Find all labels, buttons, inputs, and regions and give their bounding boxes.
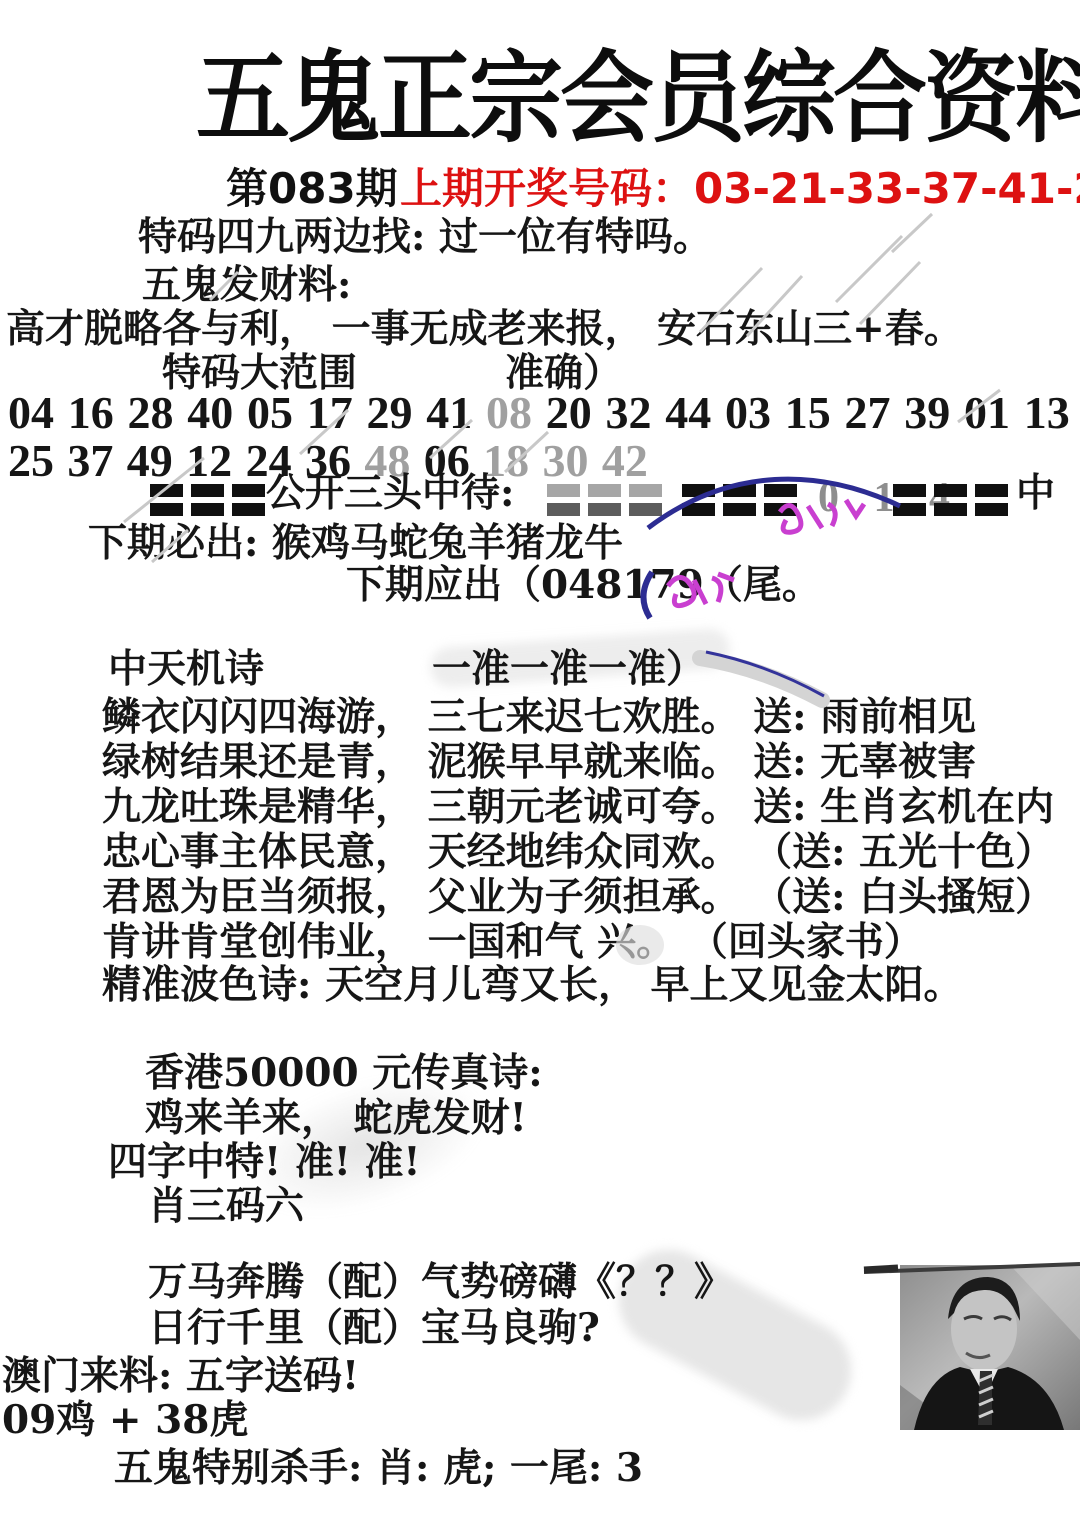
- gray-swoosh: [700, 652, 824, 700]
- grid-number: 28: [128, 390, 174, 436]
- number-row-1: 041628400517294108203244031527390113: [8, 390, 1070, 436]
- sides-tip-line: 特码四九两边找: 过一位有特吗。: [138, 216, 712, 258]
- grid-number: 16: [68, 390, 114, 436]
- grid-number: 20: [546, 390, 592, 436]
- poem-line: 绿树结果还是青， 泥猴早早就来临。 送: 无辜被害: [102, 741, 976, 783]
- fax-line-1: 鸡来羊来， 蛇虎发财!: [145, 1097, 527, 1139]
- codes-line: 09鸡 + 38虎: [2, 1399, 248, 1441]
- grid-number: 03: [725, 390, 771, 436]
- poem-line: 肯讲肯堂创伟业， 一国和气 兴。 （回头家书）: [102, 921, 923, 963]
- grid-number: 27: [845, 390, 891, 436]
- pair-line-2: 日行千里（配）宝马良驹?: [148, 1307, 600, 1349]
- macau-line: 澳门来料: 五字送码!: [2, 1355, 359, 1397]
- fax-line-2: 四字中特! 准! 准!: [108, 1141, 421, 1183]
- grid-number: 25: [8, 438, 54, 484]
- poem-line: 忠心事主体民意， 天经地纬众同欢。 （送: 五光十色）: [102, 831, 1054, 873]
- grid-number: 12: [186, 438, 232, 484]
- poem-line: 九龙吐珠是精华， 三朝元老诚可夸。 送: 生肖玄机在内: [102, 786, 1054, 828]
- grid-number: 40: [187, 390, 233, 436]
- photo-top-pen-line-tip: [864, 1268, 898, 1270]
- hexagram-blocks-icon: [150, 484, 265, 516]
- fortune-label: 五鬼发财料:: [142, 264, 351, 306]
- hexagram-blocks-icon: [682, 484, 797, 516]
- hit-label: 中: [1016, 472, 1055, 514]
- grid-number: 49: [127, 438, 173, 484]
- hexagram-blocks-icon: [893, 484, 967, 516]
- poem-line: 精准波色诗: 天空月儿弯又长， 早上又见金太阳。: [102, 964, 963, 1006]
- grid-number: 15: [785, 390, 831, 436]
- last-draw-numbers: 上期开奖号码：03-21-33-37-41-25+27: [400, 156, 1080, 216]
- grid-number: 39: [904, 390, 950, 436]
- poem-line: 君恩为臣当须报， 父业为子须担承。 （送: 白头搔短）: [102, 876, 1054, 918]
- grid-number: 37: [67, 438, 113, 484]
- poem-line: 鳞衣闪闪四海游， 三七来迟七欢胜。 送: 雨前相见: [102, 696, 976, 738]
- grid-number: 17: [307, 390, 353, 436]
- must-out-line: 下期必出: 猴鸡马蛇兔羊猪龙牛: [88, 522, 623, 564]
- fax-title: 香港50000 元传真诗:: [145, 1052, 543, 1094]
- fax-line-3: 肖三码六: [148, 1185, 304, 1227]
- grid-number: 29: [367, 390, 413, 436]
- tip-sheet-page: 五鬼正宗会员综合资料 第083期 上期开奖号码：03-21-33-37-41-2…: [0, 0, 1080, 1527]
- grid-number: 32: [606, 390, 652, 436]
- grid-number: 08: [486, 390, 532, 436]
- hexagram-blocks-icon: [547, 484, 662, 516]
- portrait-photo: [900, 1265, 1080, 1430]
- issue-number: 第083期: [226, 156, 398, 216]
- grid-number: 13: [1024, 390, 1070, 436]
- poem-title: 中天机诗: [108, 648, 264, 690]
- grid-number: 41: [426, 390, 472, 436]
- grid-number: 05: [247, 390, 293, 436]
- grid-number: 44: [665, 390, 711, 436]
- killer-line: 五鬼特别杀手: 肖: 虎; 一尾: 3: [114, 1447, 643, 1489]
- poem-accuracy: 一准一准一准）: [432, 648, 705, 690]
- open-heads-label: 公开三头中待:: [266, 472, 514, 514]
- hexagram-blocks-icon: [975, 484, 1008, 516]
- grid-number: 04: [8, 390, 54, 436]
- grid-number: 42: [602, 438, 648, 484]
- pair-line-1: 万马奔腾（配）气势磅礴《？？》: [148, 1261, 733, 1303]
- grid-number: 30: [543, 438, 589, 484]
- page-title: 五鬼正宗会员综合资料: [196, 18, 1080, 161]
- should-out-line: 下期应出（048179（尾。: [346, 564, 821, 606]
- fortune-verse-line: 高才脱略各与利， 一事无成老来报， 安石东山三+春。: [6, 308, 963, 350]
- grid-number: 01: [964, 390, 1010, 436]
